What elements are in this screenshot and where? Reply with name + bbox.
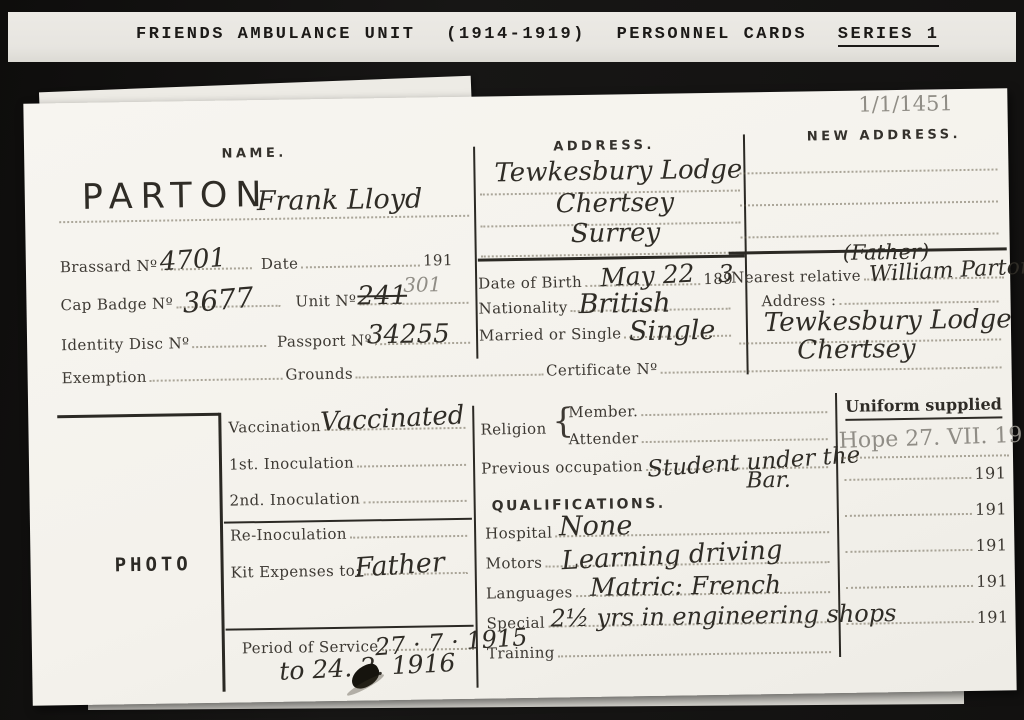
religion-label: Religion: [480, 420, 546, 439]
passport-value: 34255: [367, 321, 450, 348]
unit-row: Unit Nº 241 301: [295, 284, 471, 311]
nationality-label: Nationality: [478, 298, 567, 317]
divider-name-address: [473, 147, 478, 359]
brassard-value: 4701: [159, 245, 227, 275]
uniform-blank-row: 191: [841, 458, 1006, 485]
unit-label: Unit Nº: [295, 292, 356, 311]
certificate-label: Certificate Nº: [546, 360, 658, 380]
unit-value-crossed: 241: [357, 283, 407, 310]
uniform-year-prefix: 191: [975, 499, 1007, 518]
religion-member-row: Member.: [568, 393, 830, 421]
married-row: Married or Single Single: [479, 317, 734, 345]
uniform-blank-row: 191: [843, 602, 1008, 629]
identity-disc-row: Identity Disc Nº: [61, 327, 269, 354]
brassard-row: Brassard Nº 4701: [60, 249, 255, 276]
re-inoculation-label: Re-Inoculation: [230, 525, 347, 545]
uniform-year-prefix: 191: [975, 535, 1007, 554]
grounds-label: Grounds: [285, 365, 353, 384]
identity-disc-label: Identity Disc Nº: [61, 334, 190, 354]
kit-expenses-label: Kit Expenses to:: [231, 562, 361, 582]
uniform-blank-row: 191: [842, 530, 1007, 557]
nationality-row: Nationality British: [478, 290, 733, 318]
religion-member-label: Member.: [568, 402, 638, 421]
photo-placeholder-label: PHOTO: [114, 553, 192, 576]
married-value: Single: [629, 317, 716, 345]
re-inoculation-row: Re-Inoculation: [230, 521, 470, 545]
exemption-row: Exemption Grounds Certificate Nº: [61, 353, 741, 388]
training-row: Training: [487, 633, 834, 662]
date-row: Date 191: [261, 246, 453, 273]
married-label: Married or Single: [479, 324, 622, 344]
religion-attender-label: Attender: [569, 429, 639, 448]
reference-number: 1/1/1451: [858, 93, 953, 115]
date-year-prefix: 191: [423, 251, 453, 269]
vaccination-row: Vaccination Vaccinated: [228, 409, 468, 437]
inoculation2-label: 2nd. Inoculation: [229, 490, 360, 510]
training-label: Training: [487, 643, 555, 662]
forenames-handwriting: Frank Lloyd: [257, 186, 423, 216]
new-address-rule-1: [739, 146, 997, 174]
address-heading: ADDRESS.: [514, 137, 694, 155]
relative-label: Nearest relative: [731, 267, 861, 287]
passport-row: Passport Nº 34255: [277, 324, 473, 351]
inoculation2-row: 2nd. Inoculation: [229, 482, 469, 510]
uniform-heading: Uniform supplied: [845, 394, 1002, 420]
photo-box-right: [218, 413, 225, 692]
cap-badge-value: 3677: [181, 284, 254, 318]
brassard-label: Brassard Nº: [60, 257, 158, 277]
new-address-rule-3: [740, 210, 998, 238]
motors-row: Motors Learning driving: [485, 543, 832, 572]
catalogue-years: (1914-1919): [446, 25, 586, 44]
new-address-heading: NEW ADDRESS.: [784, 127, 984, 145]
surname-handwriting: PARTON: [82, 178, 270, 216]
hospital-label: Hospital: [485, 524, 552, 543]
special-row: Special 2½ yrs in engineering shops: [486, 603, 833, 632]
uniform-year-prefix: 191: [977, 607, 1009, 626]
vaccination-label: Vaccination: [228, 417, 321, 436]
kit-expenses-value: Father: [354, 549, 446, 582]
name-heading: NAME.: [154, 145, 354, 163]
address-rule-3: [480, 230, 740, 258]
catalogue-org: FRIENDS AMBULANCE UNIT: [136, 25, 415, 44]
personnel-card: 1/1/1451 NAME. PARTON Frank Lloyd Brassa…: [23, 88, 1016, 705]
photo-box-top: [57, 413, 219, 418]
cap-badge-row: Cap Badge Nº 3677: [60, 287, 283, 314]
languages-label: Languages: [486, 583, 573, 602]
passport-label: Passport Nº: [277, 331, 372, 350]
inoculation1-label: 1st. Inoculation: [229, 454, 354, 474]
uniform-entry-rule: [841, 432, 1009, 459]
motors-value: Learning driving: [561, 537, 783, 574]
cap-badge-label: Cap Badge Nº: [60, 294, 173, 314]
date-label: Date: [261, 254, 299, 273]
catalogue-title: FRIENDS AMBULANCE UNIT (1914-1919) PERSO…: [136, 25, 939, 44]
inoculation1-row: 1st. Inoculation: [229, 446, 469, 474]
hospital-value: None: [559, 512, 633, 540]
occupation-label: Previous occupation: [481, 457, 643, 478]
uniform-year-prefix: 191: [976, 571, 1008, 590]
languages-row: Languages Matric: French: [486, 573, 833, 602]
motors-label: Motors: [485, 554, 542, 573]
nationality-value: British: [578, 290, 671, 318]
relative-address-rule-2: [739, 344, 1001, 372]
kit-expenses-row: Kit Expenses to: Father: [230, 554, 470, 582]
vaccination-value: Vaccinated: [320, 402, 465, 435]
languages-value: Matric: French: [590, 572, 782, 600]
catalogue-title-strip: FRIENDS AMBULANCE UNIT (1914-1919) PERSO…: [8, 12, 1016, 62]
catalogue-series: SERIES 1: [838, 25, 940, 47]
special-label: Special: [486, 614, 545, 633]
uniform-year-prefix: 191: [974, 463, 1006, 482]
catalogue-type: PERSONNEL CARDS: [617, 25, 808, 44]
uniform-blank-row: 191: [842, 494, 1007, 521]
religion-attender-row: Attender: [568, 420, 830, 448]
occupation-value-2: Bar.: [746, 470, 791, 493]
new-address-rule-2: [740, 178, 998, 206]
unit-value-revised: 301: [403, 274, 441, 295]
uniform-blank-row: 191: [843, 566, 1008, 593]
birth-label: Date of Birth: [478, 273, 582, 293]
exemption-label: Exemption: [62, 368, 148, 387]
birth-value: May 22: [600, 261, 696, 291]
